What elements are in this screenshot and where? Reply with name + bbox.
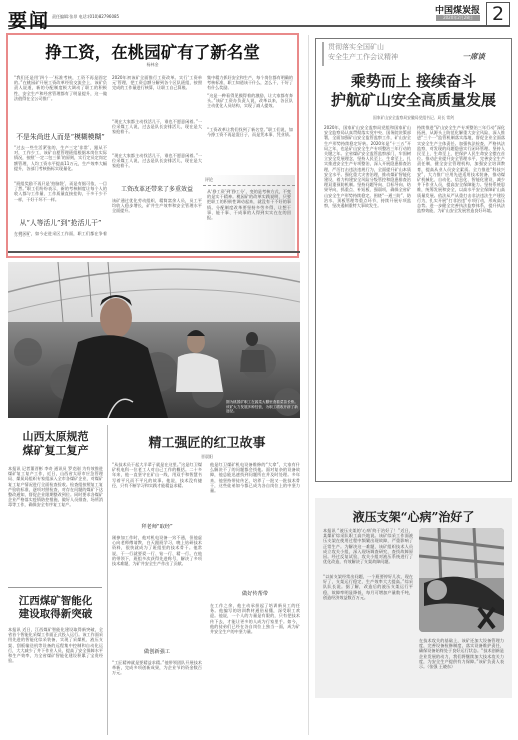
kicker-line-2: 安全生产工作会议精神: [328, 52, 398, 62]
lead-col2-subhead: 工资改革还带来了多重效益: [112, 184, 202, 193]
lead-story[interactable]: 挣工资，在桃园矿有了新名堂 杨林金 “我们还是用‘四个一’标准考核，工资不再是固…: [6, 33, 299, 258]
lead-col3-para-3: “工资改革让我们找到了新名堂。”职工们说，如今挣工资不再是混日子，而是凭本事、凭…: [207, 127, 293, 169]
feature-col2-text-2: 在工作之余，他主动承担起了培训新员工的任务。他编写的培训教材通俗易懂，深受职工欢…: [210, 603, 300, 713]
lead-col3-para-1: 集中精力抓好安全和生产，每个岗位都有明确的考核标准，职工知道该干什么，怎么干，干…: [207, 75, 293, 91]
photo-caption: 图为桃园矿职工在蔬菜大棚里查看菜苗长势。该矿大力发展多种经营，为职工增收开辟了新…: [226, 400, 298, 417]
lead-subhead-2: 从“人等活儿”到“抢活儿干”: [14, 217, 107, 227]
feature-col-2-text: 持续推进“矿山安全生产专项整治三年行动”深化拓展，从源头上防范化解重大安全风险，…: [417, 125, 505, 477]
lead-para-4: 在桃园矿，如今走进采区工作面，职工们都在争着抢活儿干。: [14, 231, 107, 237]
lead-col2-para-1: 2020年初该矿全面推行工资改革。实行‘工资单元’管理，把工资总额分解到各个区队…: [112, 75, 202, 117]
lead-col2-para-2b: “现在大家都主动找活儿干，谁也不愿意闲着。”一位采煤工人说，过去是队长安排活儿，…: [112, 153, 202, 179]
column-divider: [308, 35, 309, 735]
story-shanxi-title-2[interactable]: 煤矿复工复产: [8, 444, 103, 458]
masthead: 要闻 责任编辑:张昂 电话:(010)82796085 中国煤炭报 2020年2…: [8, 0, 510, 27]
story-hydraulic[interactable]: 液压支架“心病”治好了 本报讯 “液压支架的‘心病’终于治好了！”近日，某煤矿综…: [315, 498, 512, 698]
editor-note-label: 评论: [203, 175, 295, 186]
lead-para-3: “班组奖励不再只是‘拍脑袋’，而是有据可依，一目了然。”职工们纷纷表示，新的考核…: [14, 181, 107, 213]
lead-story-byline: 杨林金: [8, 62, 297, 68]
story-hydraulic-title[interactable]: 液压支架“心病”治好了: [315, 508, 512, 525]
kicker-line-1: 贯彻落实全国矿山: [328, 42, 398, 52]
feature-col1-subhead-2: 做创新强工: [112, 648, 202, 655]
story-shanxi[interactable]: 山西太原规范 煤矿复工复产 本报讯 记者董晋彬 李奇 通讯员 罗克刚 为有效推进…: [8, 430, 103, 580]
hydraulic-support-photo-icon: [419, 528, 504, 632]
story-hydraulic-text-3: 在技术攻关的基础上，该矿还加大设备管理力度，完善设备检修制度，落实设备维护责任，…: [419, 638, 504, 692]
feature-col2-text: 他是红卫煤矿机电设备维修的“大拿”，大家有什么解决不了的问题都会找他。面对复杂的…: [210, 462, 300, 584]
feature-hongwei[interactable]: 精工强匠的红卫故事 晋晨阳 “从技术员干起大半辈子就是在这里。”这是红卫煤矿机电…: [112, 420, 302, 738]
lead-col2-para-2: “现在大家都主动找活儿干，谁也不愿意闲着。”一位采煤工人说，过去是队长安排活儿，…: [112, 119, 202, 151]
lead-col3-para-2: “这是一种看得见摸得着的激励，让大家都有奔头。”该矿工资办负责人说，改革以来，各…: [207, 93, 293, 125]
feature-col1-text: “从技术员干起大半辈子就是在这里。”这是红卫煤矿机电科一位老工人对自己工作的概括…: [112, 462, 202, 518]
section-title: 要闻: [8, 6, 50, 33]
divider: [8, 251, 300, 253]
feature-col-1: “从技术员干起大半辈子就是在这里。”这是红卫煤矿机电科一位老工人对自己工作的概括…: [112, 462, 202, 737]
lead-subhead-1: 不是朱尚进人而是“模糊模糊”: [14, 131, 107, 141]
feature-hongwei-byline: 晋晨阳: [112, 454, 302, 460]
story-jiangxi-title-1[interactable]: 江西煤矿智能化: [8, 595, 103, 608]
column-tag: 一席谈: [463, 51, 486, 62]
paper-date: 2020年2月28日: [436, 15, 480, 21]
hydraulic-photo[interactable]: [419, 528, 504, 632]
kicker-bar: [322, 42, 324, 66]
lead-story-title[interactable]: 挣工资，在桃园矿有了新名堂: [8, 39, 297, 63]
story-jiangxi-title-2[interactable]: 建设取得新突破: [8, 608, 103, 621]
lead-para-2: “过去一些生活紧张的，生产三定‘非常’，跟从不对，工作少工，该矿自愿管理班组根据…: [14, 145, 107, 181]
story-jiangxi-text: 本报讯 近日，江西煤矿智能化建设取得新突破，全省首个智能化采煤工作面正式投入运行…: [8, 627, 103, 732]
greenhouse-photo-icon: [8, 262, 300, 418]
story-shanxi-title-1[interactable]: 山西太原规范: [8, 430, 103, 444]
kicker: 贯彻落实全国矿山 安全生产工作会议精神: [328, 42, 398, 62]
story-jiangxi[interactable]: 江西煤矿智能化 建设取得新突破 本报讯 近日，江西煤矿智能化建设取得新突破，全省…: [8, 595, 103, 735]
story-hydraulic-text-2: “以前支架经常出问题，一个班要停好几次，现在好了，支架运行稳定，生产效率大大提高…: [323, 574, 413, 690]
story-shanxi-text: 本报讯 记者董晋彬 李奇 通讯员 罗克刚 为有效推进煤矿复工复产工作，近日，山西…: [8, 466, 103, 581]
column-divider: [107, 425, 108, 735]
feature-title-1[interactable]: 乘势而上 接续奋斗: [316, 72, 511, 91]
lead-col-2: 2020年初该矿全面推行工资改革。实行‘工资单元’管理，把工资总额分解到各个区队…: [112, 75, 202, 255]
feature-col1-text-3: “工匠精神就是要精益求精。”他带领团队开展技术革新，完成多项创新成果，为企业节约…: [112, 660, 202, 700]
lead-para-1: “我们还是用‘四个一’标准考核，工资不再是固定的。”在桃园矿开展工资改革经验交流…: [14, 75, 107, 127]
editor-note-text: 从‘挣工资’到‘挣工分’，变的是考核方式，不变的是实干精神。桃园矿的改革实践说明…: [203, 186, 295, 250]
feature-col1-subhead: 拜老师“取经”: [112, 523, 202, 530]
lead-col-3: 集中精力抓好安全和生产，每个岗位都有明确的考核标准，职工知道该干什么，怎么干，干…: [207, 75, 293, 255]
editor-note: 评论 从‘挣工资’到‘挣工分’，变的是考核方式，不变的是实干精神。桃园矿的改革实…: [203, 175, 295, 253]
story-hydraulic-text-1a: 本报讯 “液压支架的‘心病’终于治好了！”近日，某煤矿综采队职工高兴地说。该矿综…: [323, 528, 413, 570]
main-photo[interactable]: 图为桃园矿职工在蔬菜大棚里查看菜苗长势。该矿大力发展多种经营，为职工增收开辟了新…: [8, 262, 300, 418]
feature-col1-text-2: 刚参加工作时，他对机电设备一窍不通，但他虚心向老师傅请教，白天跟班学习，晚上钻研…: [112, 535, 202, 643]
divider: [8, 587, 102, 588]
feature-col2-subhead: 做好传帮带: [210, 590, 300, 597]
feature-col-1-text: 2020年，国家矿山安全监察局党组和国家矿山安全监察局认真贯彻落实党中央、国务院…: [324, 125, 411, 477]
feature-hongwei-title[interactable]: 精工强匠的红卫故事: [112, 432, 302, 451]
feature-byline: 国家矿山安全监察局安徽局党组书记、局长 常剑: [316, 115, 511, 121]
page-number: 2: [486, 2, 510, 26]
editor-line: 责任编辑:张昂 电话:(010)82796085: [52, 14, 119, 20]
feature-col-2: 他是红卫煤矿机电设备维修的“大拿”，大家有什么解决不了的问题都会找他。面对复杂的…: [210, 462, 300, 737]
lead-col-1: “我们还是用‘四个一’标准考核，工资不再是固定的。”在桃园矿开展工资改革经验交流…: [14, 75, 107, 255]
feature-title-2[interactable]: 护航矿山安全高质量发展: [316, 91, 511, 110]
feature-mine-safety[interactable]: 贯彻落实全国矿山 安全生产工作会议精神 一席谈 乘势而上 接续奋斗 护航矿山安全…: [315, 38, 512, 482]
